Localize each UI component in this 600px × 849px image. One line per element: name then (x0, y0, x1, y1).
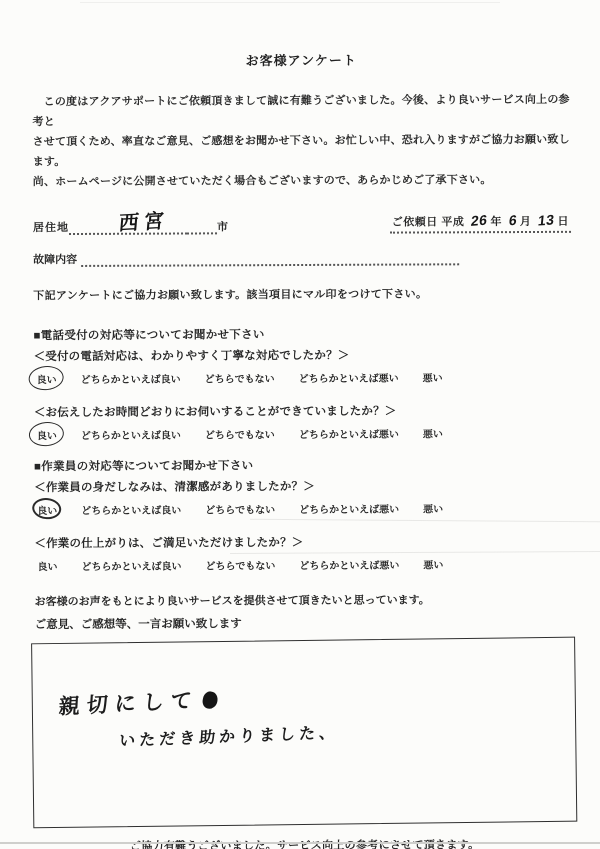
option-rather-good: どちらかといえば良い (81, 371, 181, 386)
month-unit: 月 (520, 216, 532, 228)
option-neutral: どちらでもない (205, 426, 275, 441)
request-date-field: ご依頼日 平成 26年 6月 13日 (390, 212, 571, 234)
day-unit: 日 (557, 216, 569, 228)
scanned-survey-page: お客様アンケート この度はアクアサポートにご依頼頂きまして誠に有難うございました… (0, 0, 600, 849)
intro-paragraph: この度はアクアサポートにご依頼頂きまして誠に有難うございました。今後、より良いサ… (32, 90, 570, 192)
request-date-label: ご依頼日 (392, 216, 438, 228)
option-rather-good: どちらかといえば良い (81, 558, 181, 573)
options-row: 良い どちらかといえば良い どちらでもない どちらかといえば悪い 悪い (34, 425, 572, 442)
page-title: お客様アンケート (32, 49, 570, 70)
handwritten-month: 6 (505, 211, 521, 228)
section-heading: ■作業員の対応等についてお聞かせ下さい (34, 456, 572, 474)
handwritten-comment-line1: 親切にして (58, 683, 219, 721)
handwritten-residence-value: 西宮 (118, 204, 170, 236)
fields-row: 居住地西宮市 ご依頼日 平成 26年 6月 13日 (33, 212, 571, 235)
failure-dotted-line (81, 250, 459, 267)
feedback-intro-line1: お客様のお声をもとにより良いサービスを提供させて頂きたいと思っています。 (35, 591, 573, 609)
residence-label: 居住地 (33, 222, 69, 234)
question-block: ＜作業の仕上がりは、ご満足いただけましたか？＞ 良い どちらかといえば良い どち… (34, 533, 572, 573)
residence-field: 居住地西宮市 (33, 218, 229, 235)
section-worker: ■作業員の対応等についてお聞かせ下さい ＜作業員の身だしなみは、清潔感がありまし… (34, 456, 572, 573)
question-text: ＜お伝えしたお時間どおりにお伺いすることができていましたか？＞ (34, 402, 572, 420)
handwritten-year: 26 (467, 211, 491, 229)
failure-label: 故障内容 (33, 251, 77, 267)
comment-box: 親切にして いただき助かりました、 (31, 637, 577, 829)
option-rather-good: どちらかといえば良い (81, 502, 181, 517)
option-bad: 悪い (423, 500, 443, 515)
question-block: ＜受付の電話対応は、わかりやすく丁寧な対応でしたか？＞ 良い どちらかといえば良… (34, 346, 572, 386)
option-bad: 悪い (423, 556, 443, 571)
intro-line: この度はアクアサポートにご依頼頂きまして誠に有難うございました。今後、より良いサ… (32, 90, 570, 132)
residence-dotted-line (187, 218, 217, 234)
option-good-circled: 良い (37, 371, 57, 386)
option-rather-good: どちらかといえば良い (81, 427, 181, 442)
handwritten-day: 13 (534, 211, 558, 229)
option-rather-bad: どちらかといえば悪い (299, 501, 399, 516)
survey-document: お客様アンケート この度はアクアサポートにご依頼頂きまして誠に有難うございました… (0, 0, 600, 849)
question-block: ＜お伝えしたお時間どおりにお伺いすることができていましたか？＞ 良い どちらかと… (34, 402, 572, 442)
option-neutral: どちらでもない (205, 501, 275, 516)
handwritten-comment-text: 親切にして (58, 689, 199, 719)
option-rather-bad: どちらかといえば悪い (299, 370, 399, 385)
question-text: ＜作業の仕上がりは、ご満足いただけましたか？＞ (34, 533, 572, 551)
option-rather-bad: どちらかといえば悪い (299, 426, 399, 441)
residence-dotted-line: 西宮 (69, 218, 187, 235)
intro-line: 尚、ホームページに公開させていただく場合もございますので、あらかじめご了承下さい… (33, 170, 571, 192)
feedback-intro-line2: ご意見、ご感想等、一言お願い致します (35, 614, 573, 632)
question-text: ＜受付の電話対応は、わかりやすく丁寧な対応でしたか？＞ (34, 346, 572, 364)
options-row: 良い どちらかといえば良い どちらでもない どちらかといえば悪い 悪い (34, 556, 572, 573)
option-neutral: どちらでもない (205, 557, 275, 572)
option-good-circled: 良い (37, 427, 57, 442)
options-row: 良い どちらかといえば良い どちらでもない どちらかといえば悪い 悪い (34, 500, 572, 517)
question-text: ＜作業員の身だしなみは、清潔感がありましたか？＞ (34, 477, 572, 495)
scan-artifact-bottom-edge (0, 842, 600, 844)
option-good: 良い (37, 558, 57, 573)
year-unit: 年 (490, 216, 502, 228)
option-bad: 悪い (423, 425, 443, 440)
option-good-circled: 良い (37, 502, 57, 517)
intro-line: させて頂くため、率直なご意見、ご感想をお聞かせ下さい。お忙しい中、恐れ入りますが… (33, 130, 571, 172)
options-row: 良い どちらかといえば良い どちらでもない どちらかといえば悪い 悪い (34, 369, 572, 386)
section-heading: ■電話受付の対応等についてお聞かせ下さい (33, 325, 571, 343)
request-date-era: 平成 (441, 216, 464, 228)
section-phone-reception: ■電話受付の対応等についてお聞かせ下さい ＜受付の電話対応は、わかりやすく丁寧な… (33, 325, 571, 442)
option-rather-bad: どちらかといえば悪い (299, 557, 399, 572)
option-bad: 悪い (423, 369, 443, 384)
option-neutral: どちらでもない (205, 370, 275, 385)
scribbled-out-character (201, 691, 220, 710)
failure-field: 故障内容 (33, 249, 571, 267)
residence-suffix: 市 (217, 221, 229, 233)
survey-instruction: 下記アンケートにご協力お願い致します。該当項目にマル印をつけて下さい。 (33, 285, 571, 303)
question-block: ＜作業員の身だしなみは、清潔感がありましたか？＞ 良い どちらかといえば良い ど… (34, 477, 572, 517)
handwritten-comment-line2: いただき助かりました、 (119, 720, 340, 752)
